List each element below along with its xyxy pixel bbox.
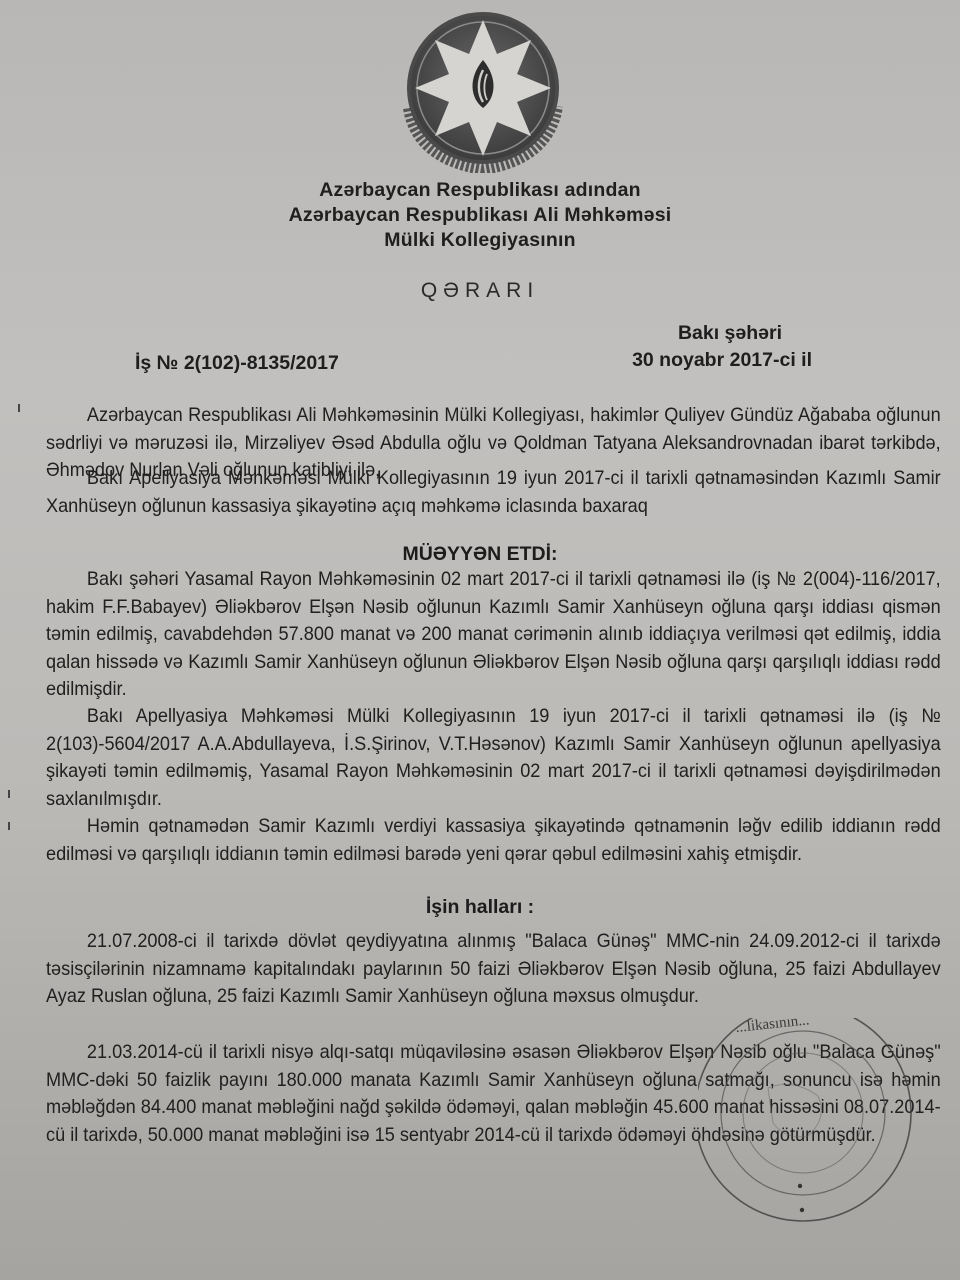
document-date: 30 noyabr 2017-ci il <box>632 349 812 372</box>
header-line-1: Azərbaycan Respublikası adından <box>0 179 960 202</box>
section-heading-established: MÜƏYYƏN ETDİ: <box>0 543 960 566</box>
document-title: QƏRARI <box>0 279 960 303</box>
place-of-issue: Bakı şəhəri <box>678 322 782 345</box>
document-page: Azərbaycan Respublikası adından Azərbayc… <box>0 0 960 1280</box>
established-paragraph-3: Həmin qətnamədən Samir Kazımlı verdiyi k… <box>46 813 941 868</box>
header-line-2: Azərbaycan Respublikası Ali Məhkəməsi <box>0 204 960 227</box>
circumstances-paragraph-1: 21.07.2008-ci il tarixdə dövlət qeydiyya… <box>46 928 941 1011</box>
established-paragraph-2: Bakı Apellyasiya Məhkəməsi Mülki Kollegi… <box>46 703 941 813</box>
scan-speck <box>18 404 20 412</box>
circumstances-paragraph-2: 21.03.2014-cü il tarixli nisyə alqı-satq… <box>46 1039 941 1149</box>
intro-paragraph-2: Bakı Apellyasiya Məhkəməsi Mülki Kollegi… <box>46 465 941 520</box>
stamp-text: ...likasının... <box>735 1018 810 1036</box>
established-paragraph-1: Bakı şəhəri Yasamal Rayon Məhkəməsinin 0… <box>46 566 941 704</box>
scan-speck <box>8 822 10 830</box>
scan-speck <box>8 790 10 798</box>
section-heading-circumstances: İşin halları : <box>0 896 960 919</box>
case-number: İş № 2(102)-8135/2017 <box>135 352 339 375</box>
header-line-3: Mülki Kollegiyasının <box>0 229 960 252</box>
state-emblem-icon <box>388 8 578 173</box>
